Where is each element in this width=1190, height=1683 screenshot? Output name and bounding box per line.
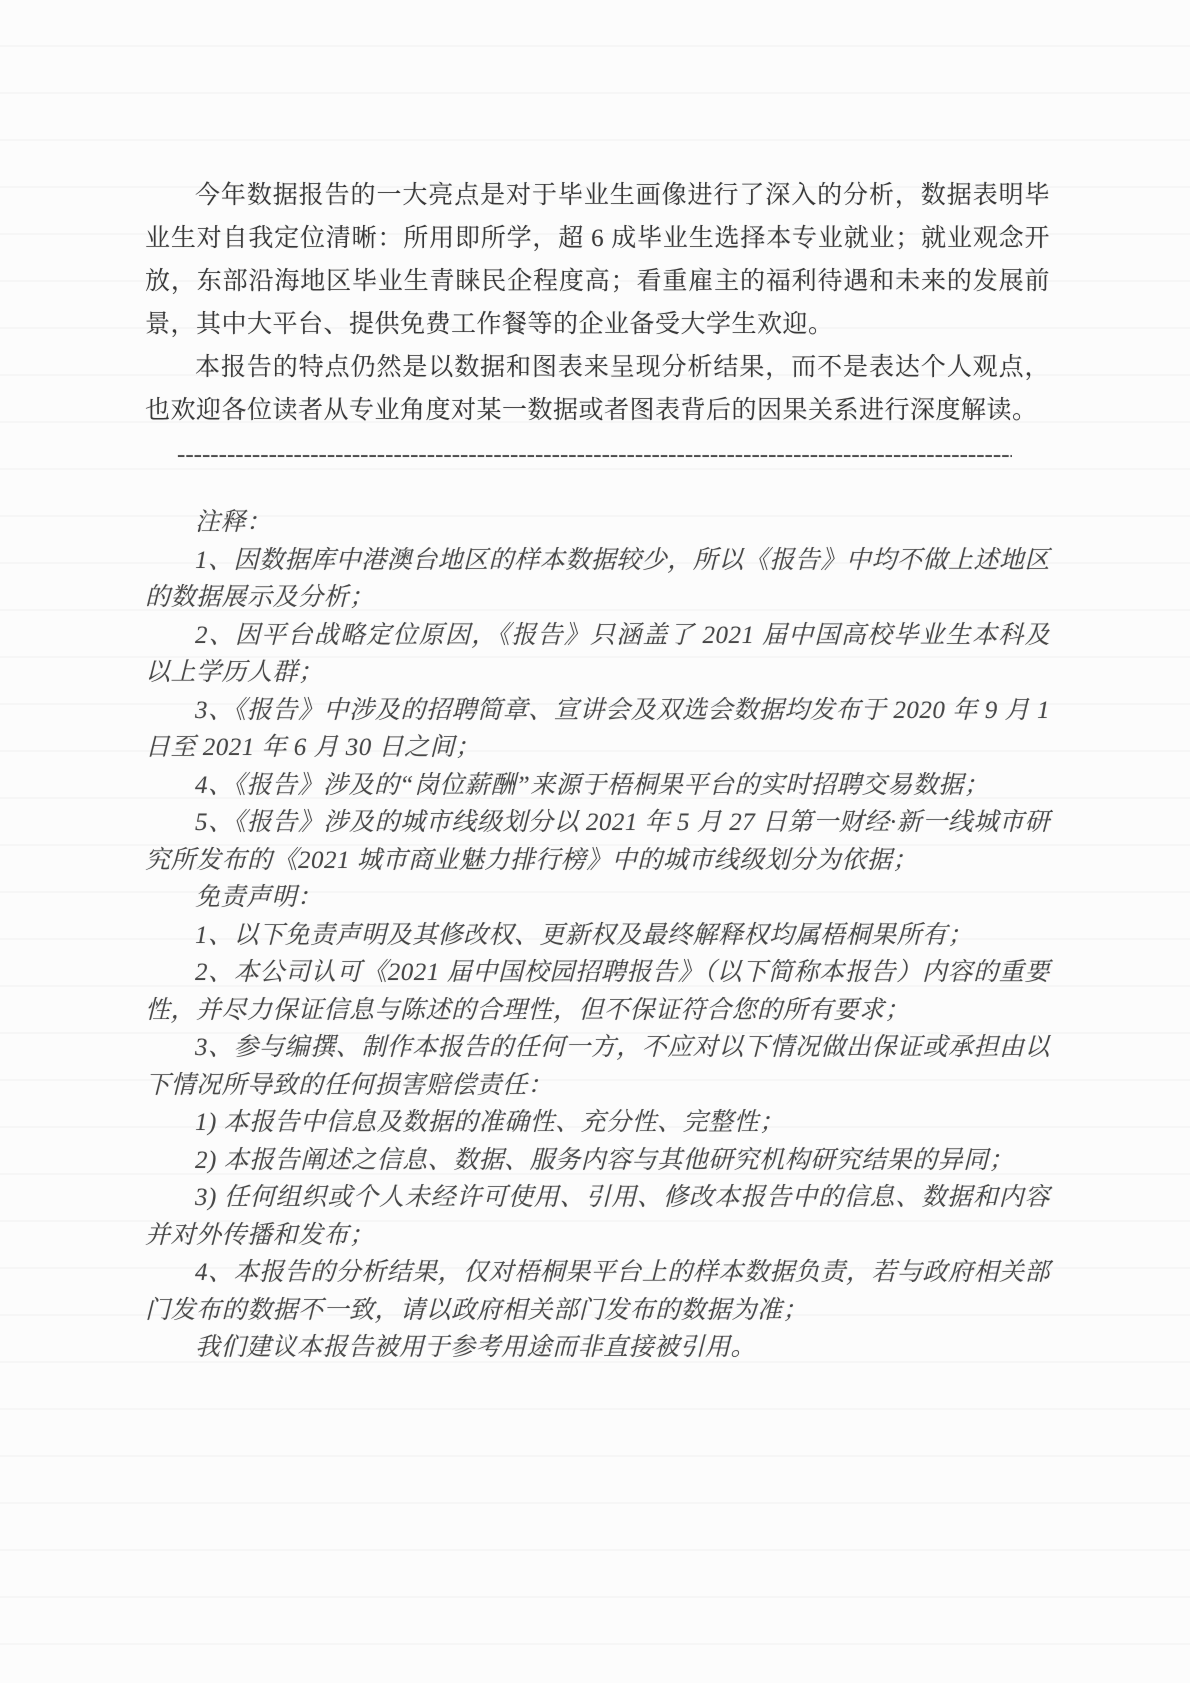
note-paragraph: 1、以下免责声明及其修改权、更新权及最终解释权均属梧桐果所有；: [145, 917, 1050, 955]
note-paragraph: 1) 本报告中信息及数据的准确性、充分性、完整性；: [145, 1104, 1050, 1142]
intro-paragraph: 今年数据报告的一大亮点是对于毕业生画像进行了深入的分析，数据表明毕业生对自我定位…: [145, 174, 1050, 346]
notes-section: 注释：1、因数据库中港澳台地区的样本数据较少，所以《报告》中均不做上述地区的数据…: [145, 504, 1050, 1367]
note-paragraph: 3) 任何组织或个人未经许可使用、引用、修改本报告中的信息、数据和内容并对外传播…: [145, 1179, 1050, 1254]
note-paragraph: 免责声明：: [145, 879, 1050, 917]
dash-line: ----------------------------------------…: [177, 438, 1012, 472]
document-page-body: { "document": { "colors": { "background"…: [0, 0, 1190, 1683]
page-content: 今年数据报告的一大亮点是对于毕业生画像进行了深入的分析，数据表明毕业生对自我定位…: [145, 0, 1050, 1367]
note-paragraph: 3、《报告》中涉及的招聘简章、宣讲会及双选会数据均发布于 2020 年 9 月 …: [145, 692, 1050, 767]
note-paragraph: 4、本报告的分析结果，仅对梧桐果平台上的样本数据负责，若与政府相关部门发布的数据…: [145, 1254, 1050, 1329]
note-paragraph: 2) 本报告阐述之信息、数据、服务内容与其他研究机构研究结果的异同；: [145, 1142, 1050, 1180]
intro-paragraph: 本报告的特点仍然是以数据和图表来呈现分析结果，而不是表达个人观点，也欢迎各位读者…: [145, 346, 1050, 432]
note-paragraph: 3、参与编撰、制作本报告的任何一方，不应对以下情况做出保证或承担由以下情况所导致…: [145, 1029, 1050, 1104]
note-paragraph: 我们建议本报告被用于参考用途而非直接被引用。: [145, 1329, 1050, 1367]
note-paragraph: 注释：: [145, 504, 1050, 542]
dashed-separator: ----------------------------------------…: [145, 438, 1050, 472]
note-paragraph: 2、本公司认可《2021 届中国校园招聘报告》（以下简称本报告）内容的重要性，并…: [145, 954, 1050, 1029]
note-paragraph: 2、因平台战略定位原因，《报告》只涵盖了 2021 届中国高校毕业生本科及以上学…: [145, 617, 1050, 692]
note-paragraph: 5、《报告》涉及的城市线级划分以 2021 年 5 月 27 日第一财经·新一线…: [145, 804, 1050, 879]
intro-section: 今年数据报告的一大亮点是对于毕业生画像进行了深入的分析，数据表明毕业生对自我定位…: [145, 0, 1050, 432]
note-paragraph: 1、因数据库中港澳台地区的样本数据较少，所以《报告》中均不做上述地区的数据展示及…: [145, 542, 1050, 617]
note-paragraph: 4、《报告》涉及的“岗位薪酬”来源于梧桐果平台的实时招聘交易数据；: [145, 767, 1050, 805]
